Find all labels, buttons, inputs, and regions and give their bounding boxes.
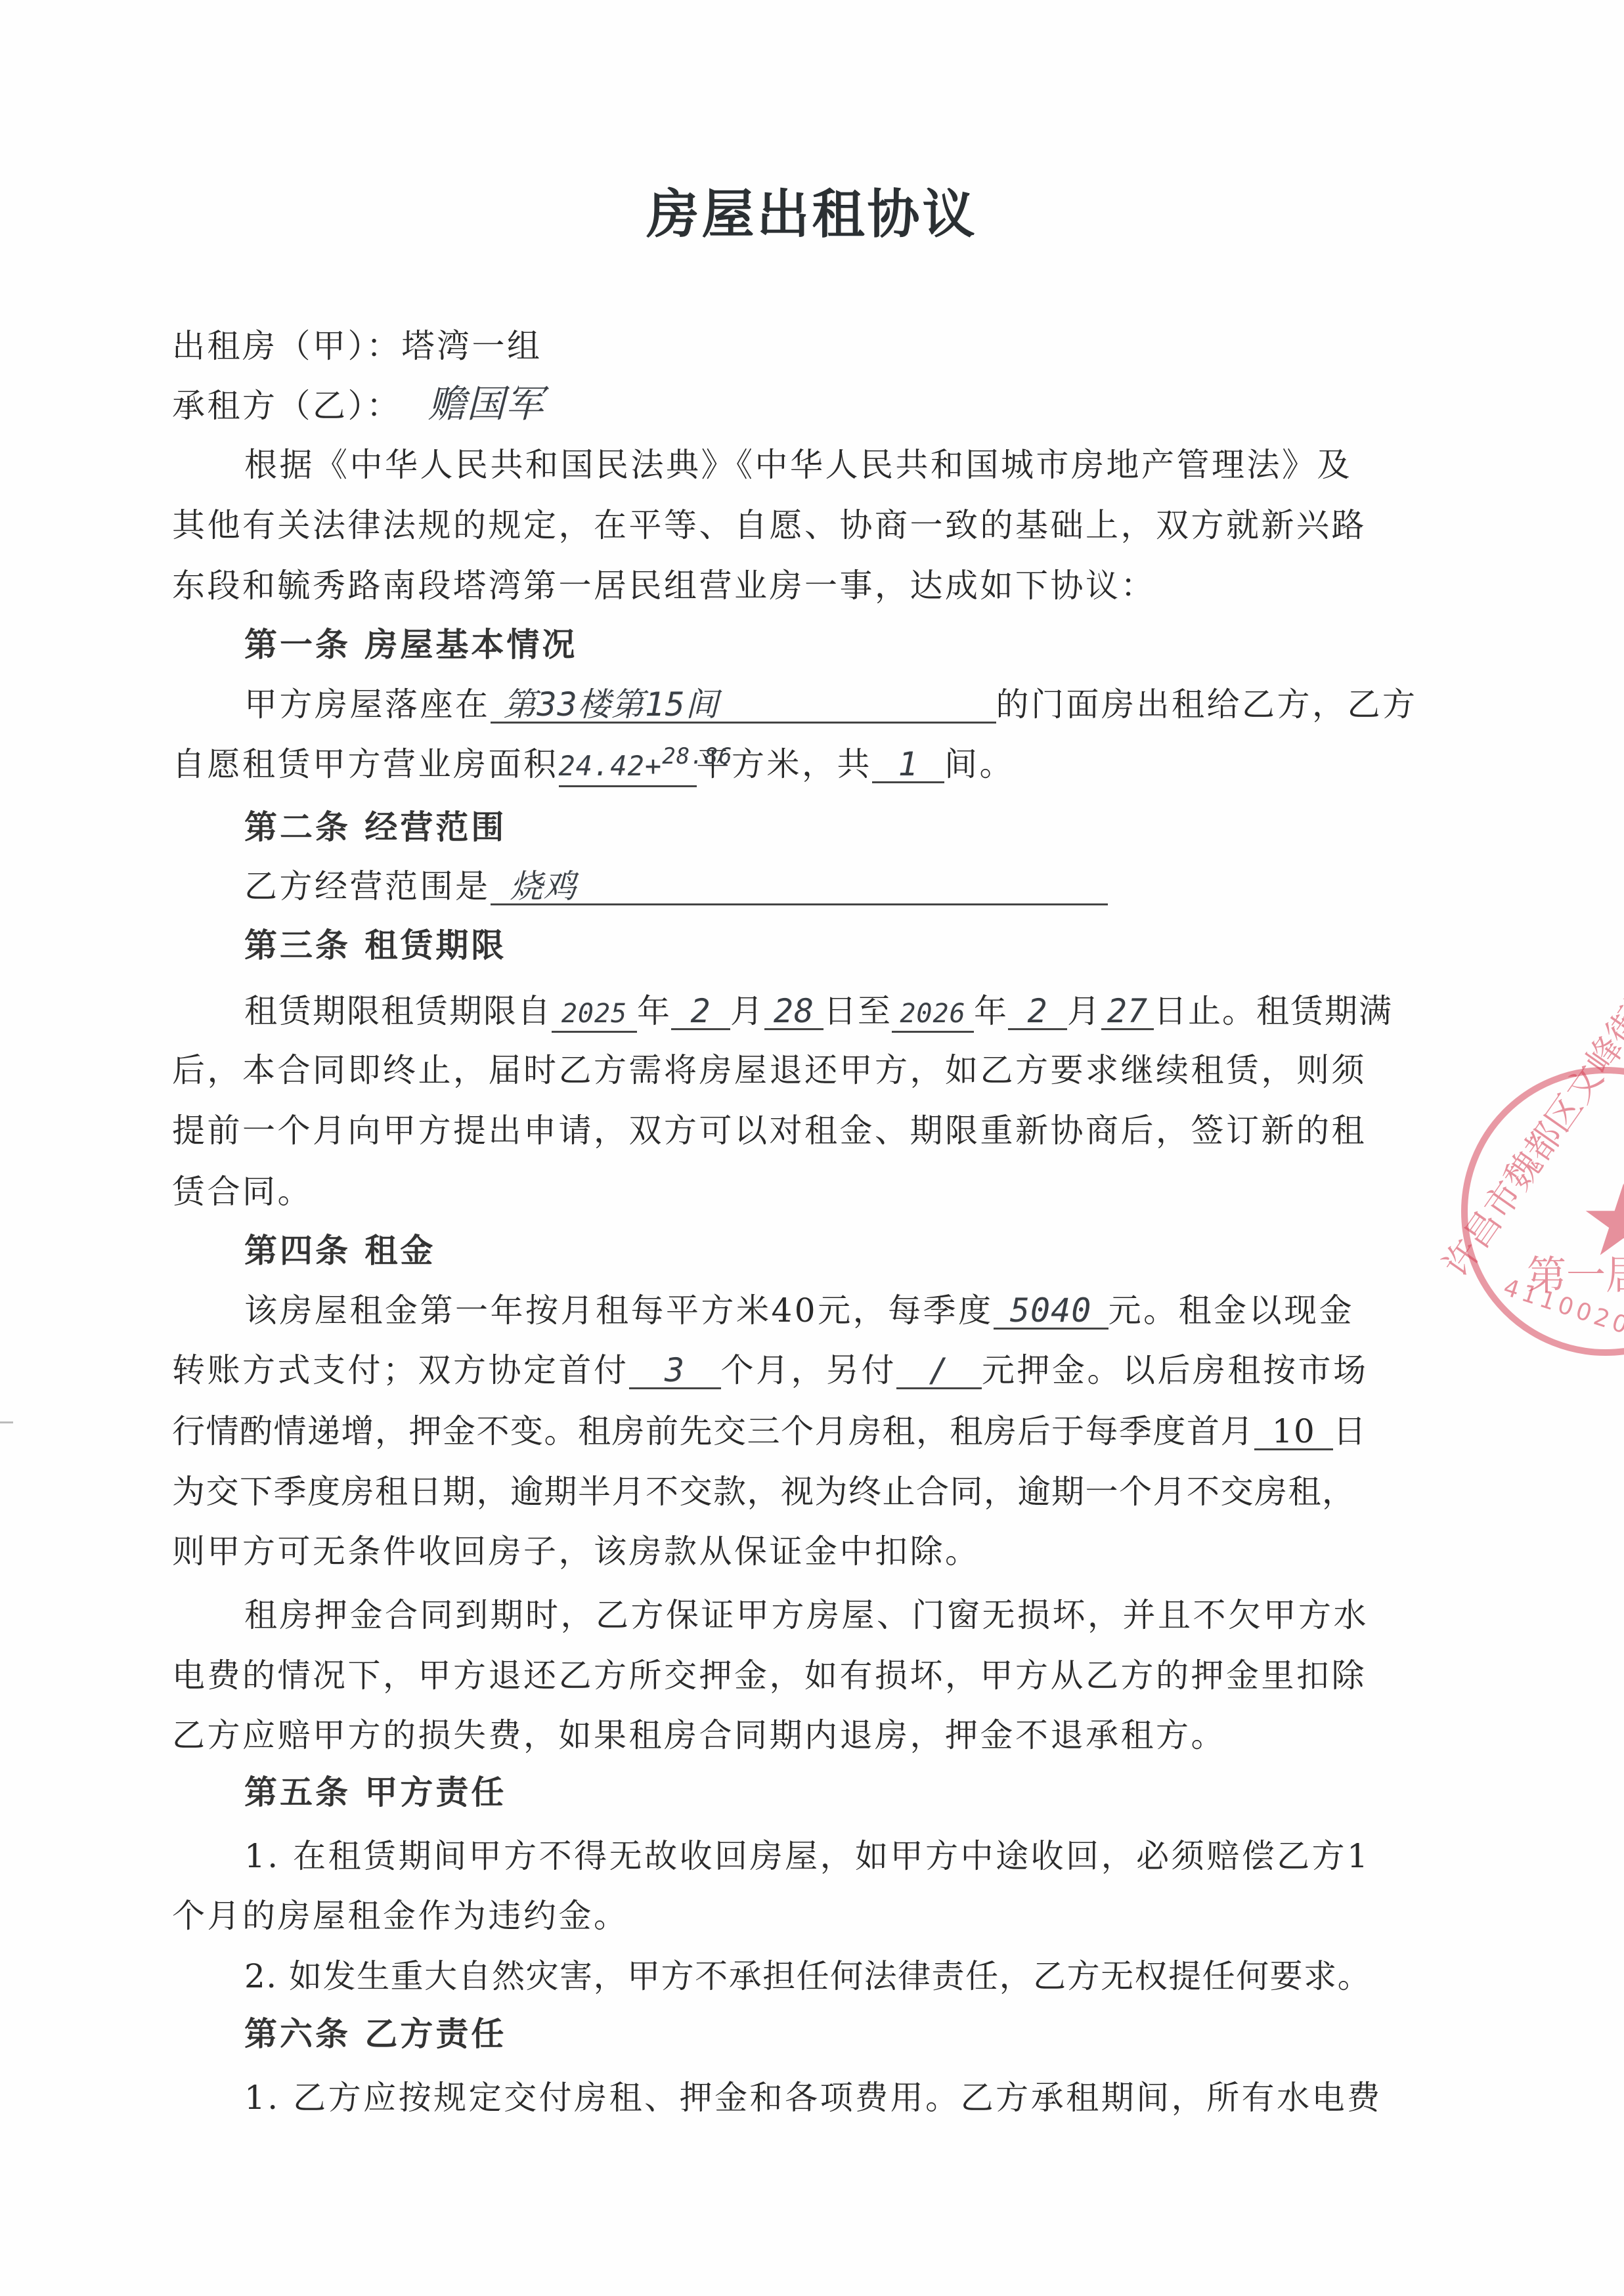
article-4-line-5: 则甲方可无条件收回房子，该房款从保证金中扣除。 [172, 1532, 1459, 1571]
month-label-2: 月 [1067, 992, 1101, 1030]
lessee-line: 承租方（乙）：赡国军 [172, 384, 1459, 425]
article-1-heading: 第一条 房屋基本情况 [244, 625, 1531, 664]
area-field: 24.42+28.86 [559, 749, 697, 787]
article-4-line-1: 该房屋租金第一年按月租每平方米40元，每季度5040元。租金以现金 [244, 1291, 1531, 1330]
article-5-item-1-cont: 个月的房屋租金作为违约金。 [172, 1896, 1459, 1936]
article-4-line-3: 行情酌情递增，押金不变。租房前先交三个月房租，租房后于每季度首月10日 [172, 1412, 1459, 1451]
start-year-field: 2025 [552, 997, 637, 1033]
article-3-line-1: 租赁期限租赁期限自2025年2月28日至2026年2月27日止。租赁期满 [244, 991, 1531, 1033]
article-1-line-2: 自愿租赁甲方营业房面积24.42+28.86平方米，共1间。 [172, 745, 1459, 787]
year-label-2: 年 [974, 992, 1008, 1030]
lessor-name: 塔湾一组 [402, 327, 542, 365]
end-month-field: 2 [1008, 994, 1067, 1030]
article-5-item-1: 1. 在租赁期间甲方不得无故收回房屋，如甲方中途收回，必须赔偿乙方1 [244, 1836, 1531, 1876]
start-month-field: 2 [671, 994, 730, 1030]
quarterly-rent-field: 5040 [994, 1293, 1108, 1330]
deposit-field: / [896, 1353, 982, 1389]
article-6-heading: 第六条 乙方责任 [244, 2014, 1531, 2054]
deposit-paragraph-line-3: 乙方应赔甲方的损失费，如果租房合同期内退房，押金不退承租方。 [172, 1716, 1459, 1755]
preamble-line-3: 东段和毓秀路南段塔湾第一居民组营业房一事，达成如下协议： [172, 566, 1459, 605]
end-day-field: 27 [1101, 994, 1154, 1030]
article-4-line-4: 为交下季度房租日期，逾期半月不交款，视为终止合同，逾期一个月不交房租， [172, 1472, 1459, 1511]
deposit-paragraph-line-2: 电费的情况下，甲方退还乙方所交押金，如有损坏，甲方从乙方的押金里扣除 [172, 1656, 1459, 1695]
document-title: 房屋出租协议 [0, 172, 1624, 248]
location-field: 第33楼第15间 [491, 687, 996, 724]
pay-day-field: 10 [1254, 1414, 1333, 1450]
article-3-line-3: 提前一个月向甲方提出申请，双方可以对租金、期限重新协商后，签订新的租 [172, 1111, 1459, 1150]
area-prefix: 自愿租赁甲方营业房面积 [172, 745, 559, 783]
term-prefix: 租赁期限租赁期限自 [244, 992, 552, 1030]
pay-day-prefix: 行情酌情递增，押金不变。租房前先交三个月房租，租房后于每季度首月 [172, 1412, 1254, 1450]
article-1-suffix: 的门面房出租给乙方，乙方 [996, 685, 1418, 724]
article-2-heading: 第二条 经营范围 [244, 808, 1531, 847]
area-value-extra: 28.86 [662, 743, 732, 769]
article-5-heading: 第五条 甲方责任 [244, 1773, 1531, 1812]
lessor-label: 出租房（甲）： [172, 327, 402, 365]
lessor-line: 出租房（甲）：塔湾一组 [172, 326, 1459, 366]
article-4-heading: 第四条 租金 [244, 1231, 1531, 1270]
rent-prefix: 该房屋租金第一年按月租每平方米40元，每季度 [244, 1291, 994, 1330]
day-to-label: 日至 [823, 992, 892, 1030]
article-2-line: 乙方经营范围是烧鸡 [244, 867, 1531, 906]
article-1-prefix: 甲方房屋落座在 [244, 685, 491, 724]
article-1-line-1: 甲方房屋落座在第33楼第15间的门面房出租给乙方，乙方 [244, 685, 1531, 724]
article-3-heading: 第三条 租赁期限 [244, 926, 1531, 965]
year-label: 年 [637, 992, 671, 1030]
scope-prefix: 乙方经营范围是 [244, 867, 491, 905]
rooms-suffix: 间。 [944, 745, 1015, 783]
article-3-line-4: 赁合同。 [172, 1172, 1459, 1211]
preamble-line-2: 其他有关法律法规的规定，在平等、自愿、协商一致的基础上，双方就新兴路 [172, 506, 1459, 545]
first-pay-prefix: 转账方式支付；双方协定首付 [172, 1351, 629, 1389]
lessee-label: 承租方（乙）： [172, 387, 402, 425]
start-day-field: 28 [764, 994, 823, 1030]
rent-suffix: 元。租金以现金 [1108, 1291, 1355, 1330]
month-label: 月 [730, 992, 764, 1030]
deposit-paragraph-line-1: 租房押金合同到期时，乙方保证甲方房屋、门窗无损坏，并且不欠甲方水 [244, 1595, 1531, 1635]
article-4-line-2: 转账方式支付；双方协定首付3个月，另付/元押金。以后房租按市场 [172, 1351, 1459, 1390]
area-value: 24.42+ [559, 750, 663, 782]
article-6-item-1: 1. 乙方应按规定交付房租、押金和各项费用。乙方承租期间，所有水电费 [244, 2078, 1531, 2117]
term-suffix: 日止。租赁期满 [1154, 992, 1393, 1030]
rooms-field: 1 [872, 747, 944, 783]
pay-day-suffix: 日 [1333, 1412, 1367, 1450]
deposit-suffix: 元押金。以后房租按市场 [982, 1351, 1369, 1389]
scan-edge-mark [0, 1421, 13, 1423]
first-pay-mid: 个月，另付 [721, 1351, 897, 1389]
lessee-signature: 赡国军 [428, 381, 544, 426]
article-5-item-2: 2. 如发生重大自然灾害，甲方不承担任何法律责任，乙方无权提任何要求。 [244, 1957, 1531, 1996]
preamble-line-1: 根据《中华人民共和国民法典》《中华人民共和国城市房地产管理法》及 [244, 445, 1531, 485]
first-pay-field: 3 [629, 1353, 721, 1389]
end-year-field: 2026 [892, 997, 974, 1033]
document-page: 房屋出租协议 出租房（甲）：塔湾一组 承租方（乙）：赡国军 根据《中华人民共和国… [0, 0, 1624, 2296]
article-3-line-2: 后，本合同即终止，届时乙方需将房屋退还甲方，如乙方要求继续租赁，则须 [172, 1051, 1459, 1090]
scope-field: 烧鸡 [491, 869, 1108, 905]
